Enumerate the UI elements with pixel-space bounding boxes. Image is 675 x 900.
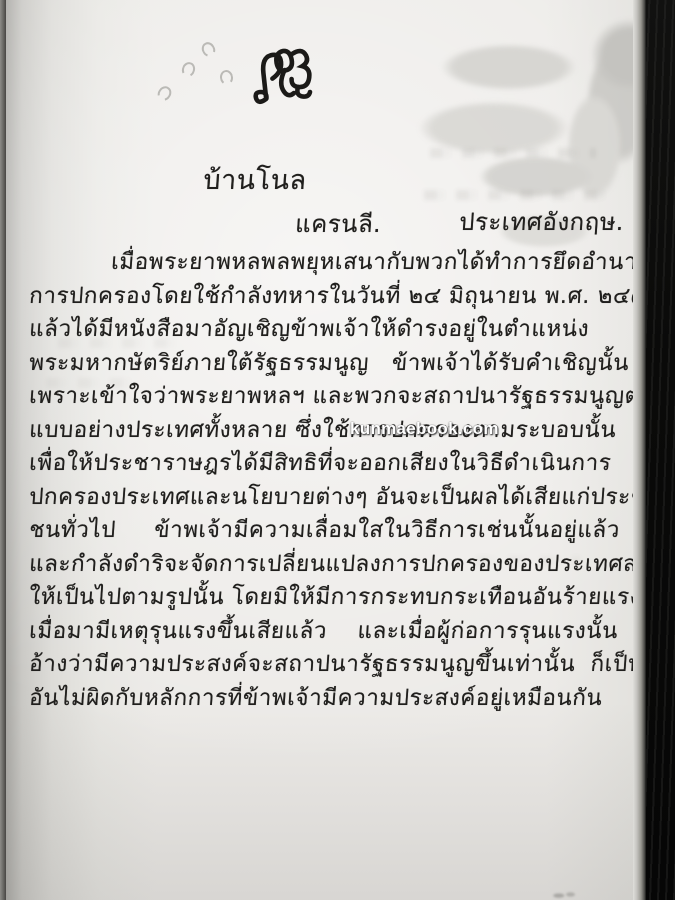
handwriting-line: อันไม่ผิดกับหลักการที่ข้าพเจ้ามีความประส… xyxy=(28,682,634,716)
heading-house: บ้านโนล xyxy=(202,158,308,201)
page-edge-stack xyxy=(633,0,646,900)
handwriting-line: เพราะเข้าใจว่าพระยาพหลฯ และพวกจะสถาปนารั… xyxy=(28,380,634,414)
watermark: kunmaebook.com xyxy=(350,419,499,439)
ghost-showthrough xyxy=(424,190,608,200)
flower-stamen-icon xyxy=(155,84,174,104)
handwriting-line: การปกครองโดยใช้กำลังทหารในวันที่ ๒๔ มิถุ… xyxy=(28,280,634,314)
flower-stamen-icon xyxy=(199,40,218,59)
handwriting-line: เมื่อมามีเหตุรุนแรงขึ้นเสียแล้ว และเมื่อ… xyxy=(28,615,634,649)
handwriting-line: เมื่อพระยาพหลพลพยุหเสนากับพวกได้ทำการยึด… xyxy=(28,246,634,280)
faint-bottom-mark xyxy=(551,889,577,900)
handwriting-line: แบบอย่างประเทศทั้งหลาย ซึ่งใช้การปกครองต… xyxy=(28,414,634,448)
book-page: บ้านโนล แครนลี. ประเทศอังกฤษ. เมื่อพระยา… xyxy=(6,0,634,900)
royal-cipher-icon xyxy=(252,42,316,110)
handwriting-line: ปกครองประเทศและนโยบายต่างๆ อันจะเป็นผลได… xyxy=(28,481,634,515)
handwriting-line: พระมหากษัตริย์ภายใต้รัฐธรรมนูญ ข้าพเจ้าไ… xyxy=(28,347,634,381)
handwriting-line: และกำลังดำริจะจัดการเปลี่ยนแปลงการปกครอง… xyxy=(28,548,634,582)
handwriting-line: อ้างว่ามีความประสงค์จะสถาปนารัฐธรรมนูญขึ… xyxy=(28,648,634,682)
handwriting-line: ชนทั่วไป ข้าพเจ้ามีความเลื่อมใสในวิธีการ… xyxy=(28,514,634,548)
handwriting-line: แล้วได้มีหนังสือมาอัญเชิญข้าพเจ้าให้ดำรง… xyxy=(28,313,634,347)
book-photo: บ้านโนล แครนลี. ประเทศอังกฤษ. เมื่อพระยา… xyxy=(0,0,675,900)
ghost-showthrough xyxy=(430,148,596,158)
handwriting-line: เพื่อให้ประชาราษฎรได้มีสิทธิที่จะออกเสีย… xyxy=(28,447,634,481)
letter-body: เมื่อพระยาพหลพลพยุหเสนากับพวกได้ทำการยึด… xyxy=(28,246,634,715)
flower-stamen-icon xyxy=(180,60,197,78)
heading-country: ประเทศอังกฤษ. xyxy=(458,202,626,241)
handwriting-line: ให้เป็นไปตามรูปนั้น โดยมิให้มีการกระทบกร… xyxy=(28,581,634,615)
flower-stamen-icon xyxy=(219,69,234,86)
heading-town: แครนลี. xyxy=(294,204,383,243)
